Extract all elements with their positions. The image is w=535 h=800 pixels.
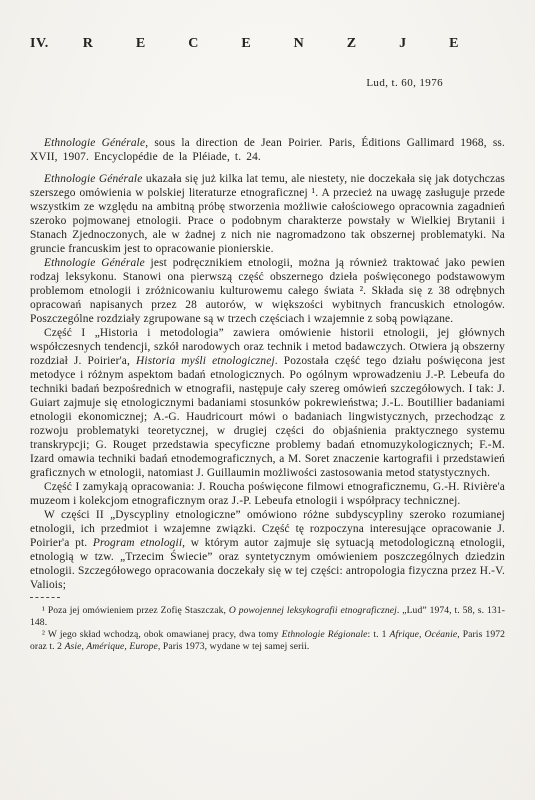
body-paragraph-segment: ukazała się już kilka lat temu, ale nies… (30, 173, 505, 255)
footnote-segment: : t. 1 (368, 629, 390, 640)
footnote-segment: , Paris 1973, wydane w tej samej serii. (158, 641, 310, 652)
footnote-segment: Afrique, Océanie (390, 629, 458, 640)
section-number: IV. (30, 36, 49, 52)
page-header: IV. RECENZJE (30, 36, 505, 52)
footnote-segment: ² W jego skład wchodzą, obok omawianej p… (42, 629, 282, 640)
body-paragraph-segment: Historia myśli etnologicznej (136, 355, 275, 367)
body-paragraph: W części II „Dyscypliny etnologiczne” om… (30, 508, 505, 592)
footnote-segment: O powojennej leksykografii etnograficzne… (229, 605, 397, 616)
scanned-review-page: IV. RECENZJE Lud, t. 60, 1976 Ethnologie… (0, 0, 535, 800)
body-paragraph: Ethnologie Générale, sous la direction d… (30, 136, 505, 164)
body-paragraph-segment: Ethnologie Générale (44, 137, 145, 149)
body-paragraph-segment: Program etnologii (93, 537, 182, 549)
footnote: ² W jego skład wchodzą, obok omawianej p… (30, 629, 505, 653)
body-paragraph-segment: Część I zamykają opracowania: J. Roucha … (30, 481, 505, 507)
body-paragraph-segment: Ethnologie Générale (44, 257, 145, 269)
footnote-separator (30, 597, 60, 598)
body-paragraph: Ethnologie Générale jest podręcznikiem e… (30, 256, 505, 326)
body-paragraph-segment: . Pozostała część tego działu poświęcona… (30, 355, 505, 479)
footnote-segment: Asie, Amérique, Europe (65, 641, 158, 652)
footnotes: ¹ Poza jej omówieniem przez Zofię Staszc… (30, 605, 505, 653)
body-paragraph: Część I zamykają opracowania: J. Roucha … (30, 480, 505, 508)
footnote-segment: ¹ Poza jej omówieniem przez Zofię Staszc… (42, 605, 229, 616)
section-title: RECENZJE (83, 36, 502, 52)
body-paragraph: Część I „Historia i metodologia” zawiera… (30, 326, 505, 480)
footnote: ¹ Poza jej omówieniem przez Zofię Staszc… (30, 605, 505, 629)
body-paragraph: Ethnologie Générale ukazała się już kilk… (30, 172, 505, 256)
journal-reference: Lud, t. 60, 1976 (30, 77, 505, 89)
review-body: Ethnologie Générale, sous la direction d… (30, 136, 505, 592)
footnote-segment: Ethnologie Régionale (282, 629, 368, 640)
body-paragraph-segment: Ethnologie Générale (44, 173, 142, 185)
